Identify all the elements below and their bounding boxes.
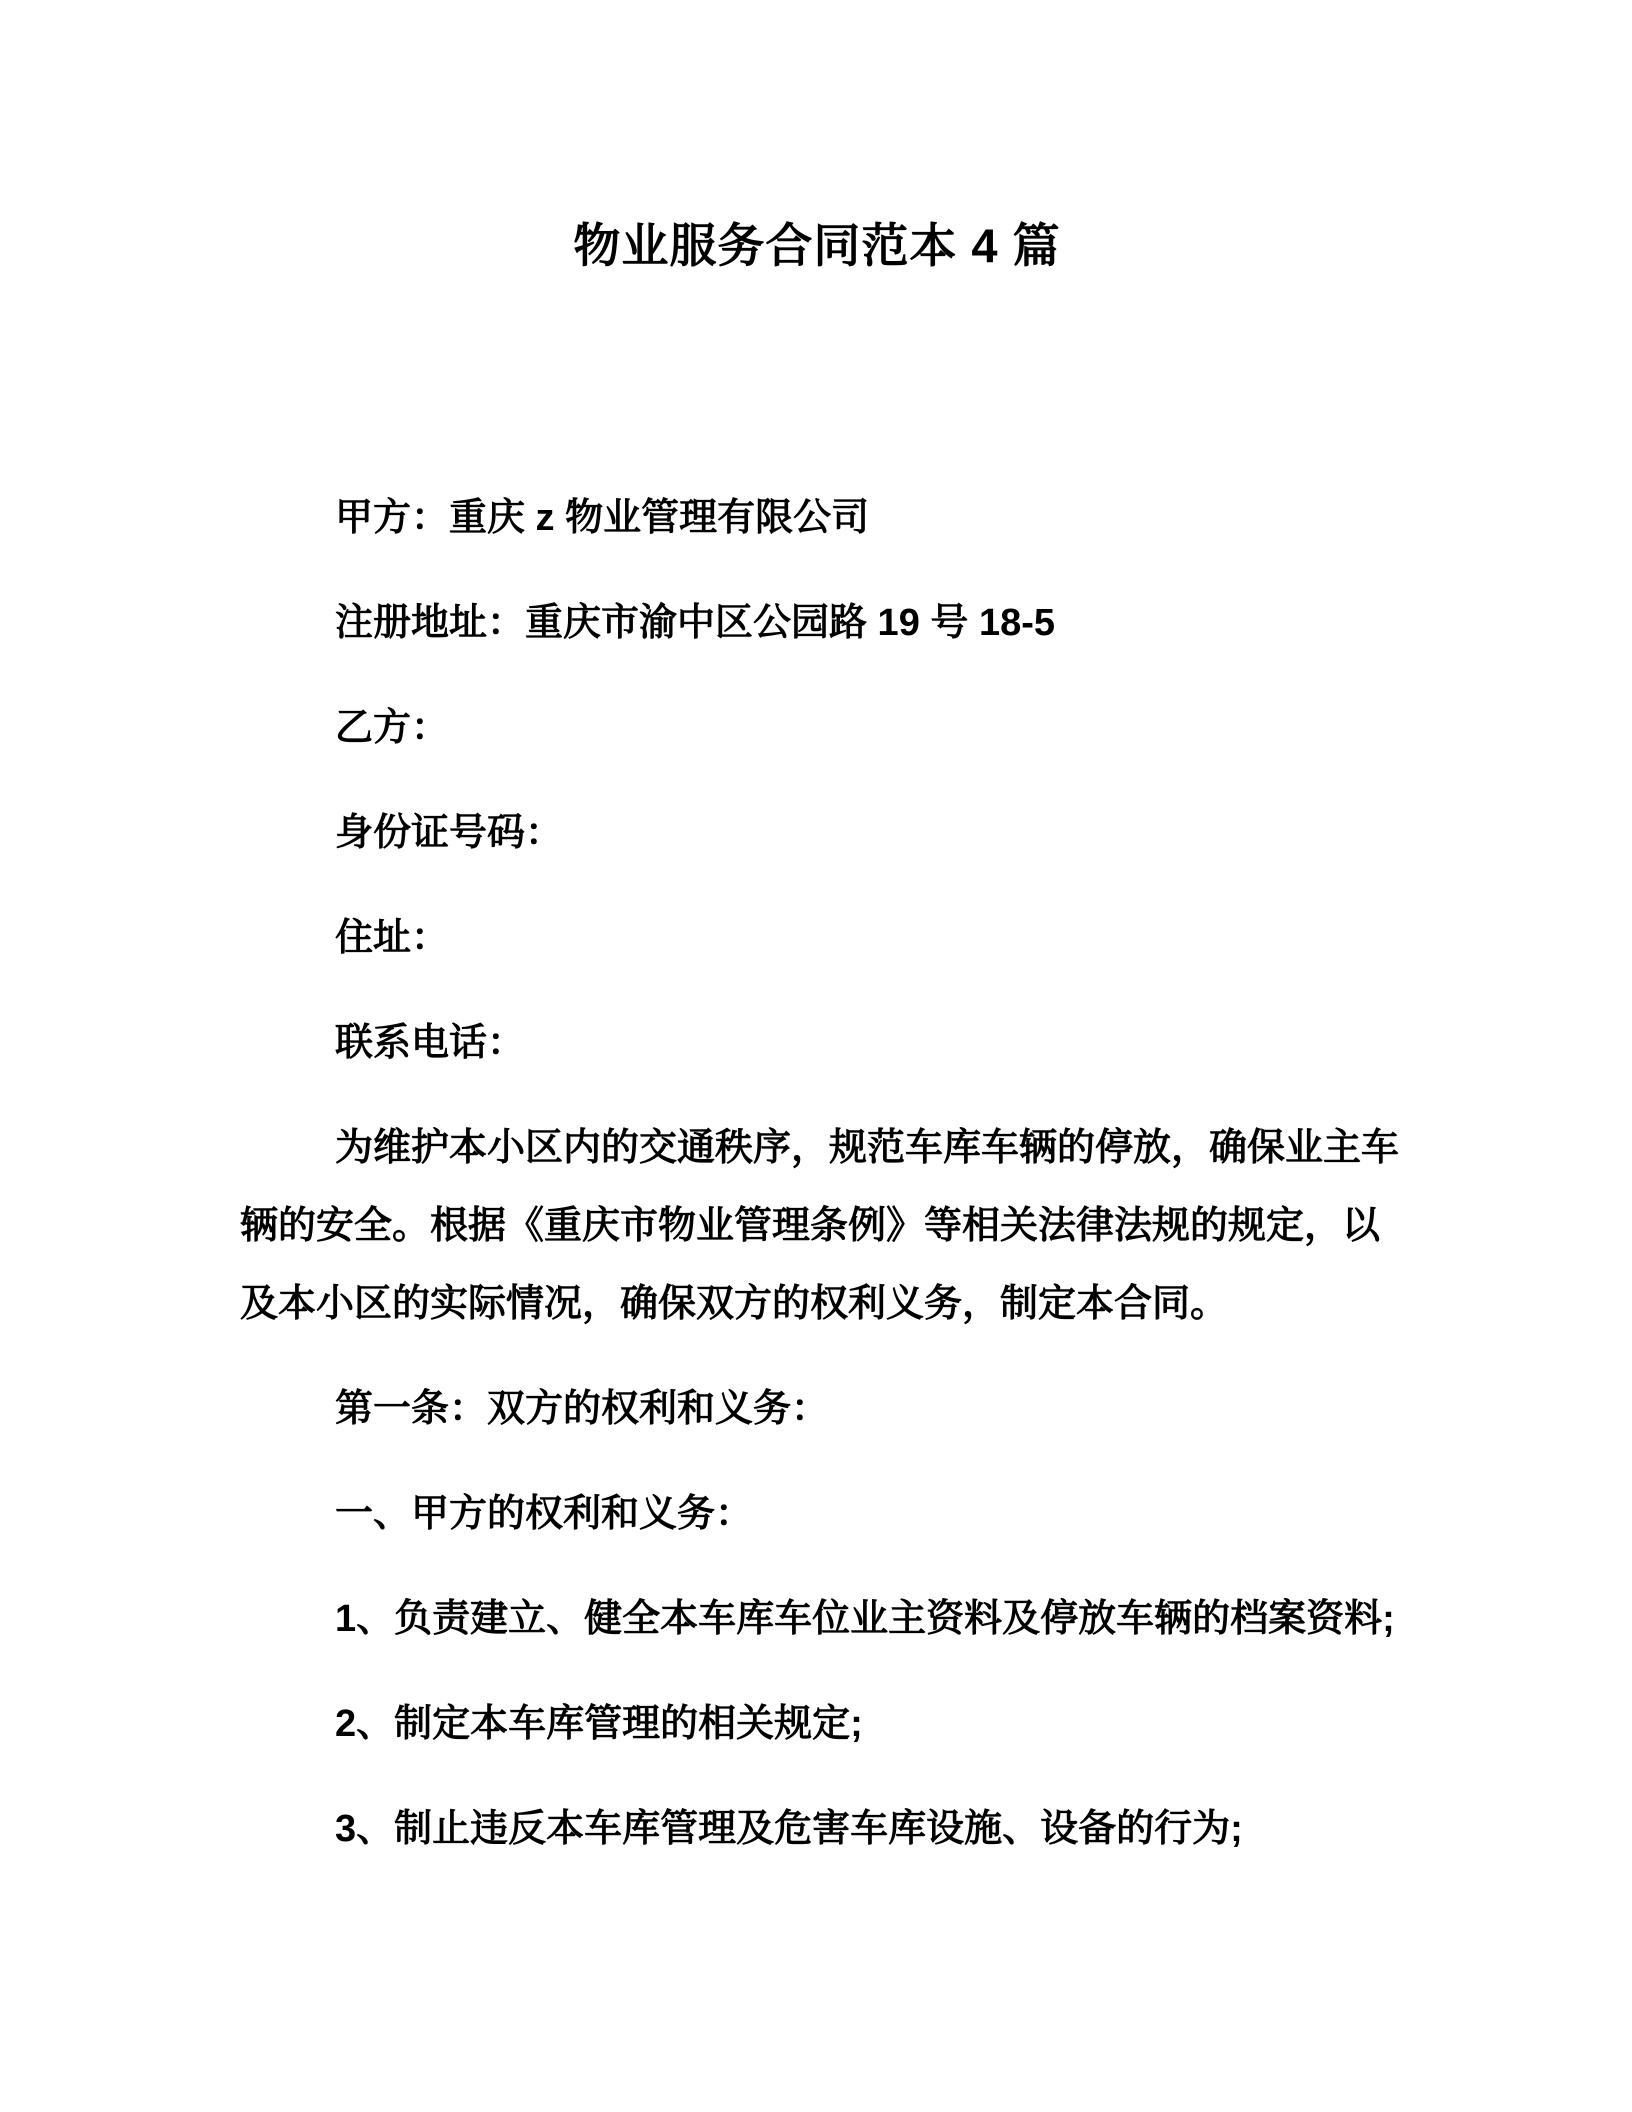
article-1-heading: 第一条：双方的权利和义务： [240,1370,1394,1448]
preamble-line-3: 及本小区的实际情况，确保双方的权利义务，制定本合同。 [240,1265,1394,1343]
preamble-paragraph: 为维护本小区内的交通秩序，规范车库车辆的停放，确保业主车 辆的安全。根据《重庆市… [240,1109,1394,1343]
obligation-item-2: 2、制定本车库管理的相关规定; [240,1685,1394,1763]
contract-document-page: 物业服务合同范本 4 篇 甲方：重庆 z 物业管理有限公司 注册地址：重庆市渝中… [0,0,1632,2112]
preamble-line-1: 为维护本小区内的交通秩序，规范车库车辆的停放，确保业主车 [240,1109,1394,1187]
document-title: 物业服务合同范本 4 篇 [240,222,1394,269]
party-a-line: 甲方：重庆 z 物业管理有限公司 [240,479,1394,557]
phone-line: 联系电话： [240,1004,1394,1082]
home-address-line: 住址： [240,899,1394,977]
id-number-line: 身份证号码： [240,794,1394,872]
section-1-heading: 一、甲方的权利和义务： [240,1475,1394,1553]
preamble-line-2: 辆的安全。根据《重庆市物业管理条例》等相关法律法规的规定，以 [240,1187,1394,1265]
obligation-item-1: 1、负责建立、健全本车库车位业主资料及停放车辆的档案资料; [240,1580,1394,1658]
party-b-line: 乙方： [240,689,1394,767]
obligation-item-3: 3、制止违反本车库管理及危害车库设施、设备的行为; [240,1790,1394,1868]
registered-address-line: 注册地址：重庆市渝中区公园路 19 号 18-5 [240,584,1394,662]
